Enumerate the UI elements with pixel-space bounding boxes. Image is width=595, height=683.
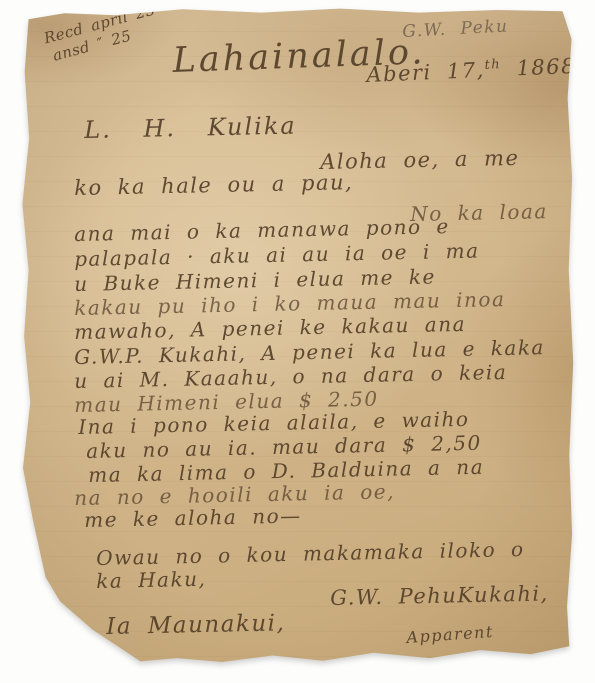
date-year: 1868 [516, 54, 576, 81]
date-suffix: th [484, 57, 501, 73]
closing-line: Owau no o kou makamaka iloko o [96, 539, 525, 568]
body-line: me ke aloha no— [84, 505, 302, 530]
scanned-letter-page: Recd april 23 ansd ″ 25 G.W. Peku Lahain… [0, 0, 595, 683]
salutation: L. H. Kulika [84, 114, 297, 142]
closing-line: ka Haku, [96, 569, 207, 591]
addressee: Ia Maunakui, [106, 612, 286, 639]
letter-paper: Recd april 23 ansd ″ 25 G.W. Peku Lahain… [14, 6, 576, 666]
received-date-annotation: Recd april 23 ansd ″ 25 [42, 0, 162, 66]
signature: G.W. PehuKukahi, [330, 583, 549, 609]
paper-shadow-wrap: Recd april 23 ansd ″ 25 G.W. Peku Lahain… [0, 0, 595, 683]
bottom-right-annotation: Apparent [406, 624, 494, 646]
greeting-line-2: ko ka hale ou a pau, [74, 172, 353, 199]
date-day: Aberi 17, [366, 58, 485, 87]
